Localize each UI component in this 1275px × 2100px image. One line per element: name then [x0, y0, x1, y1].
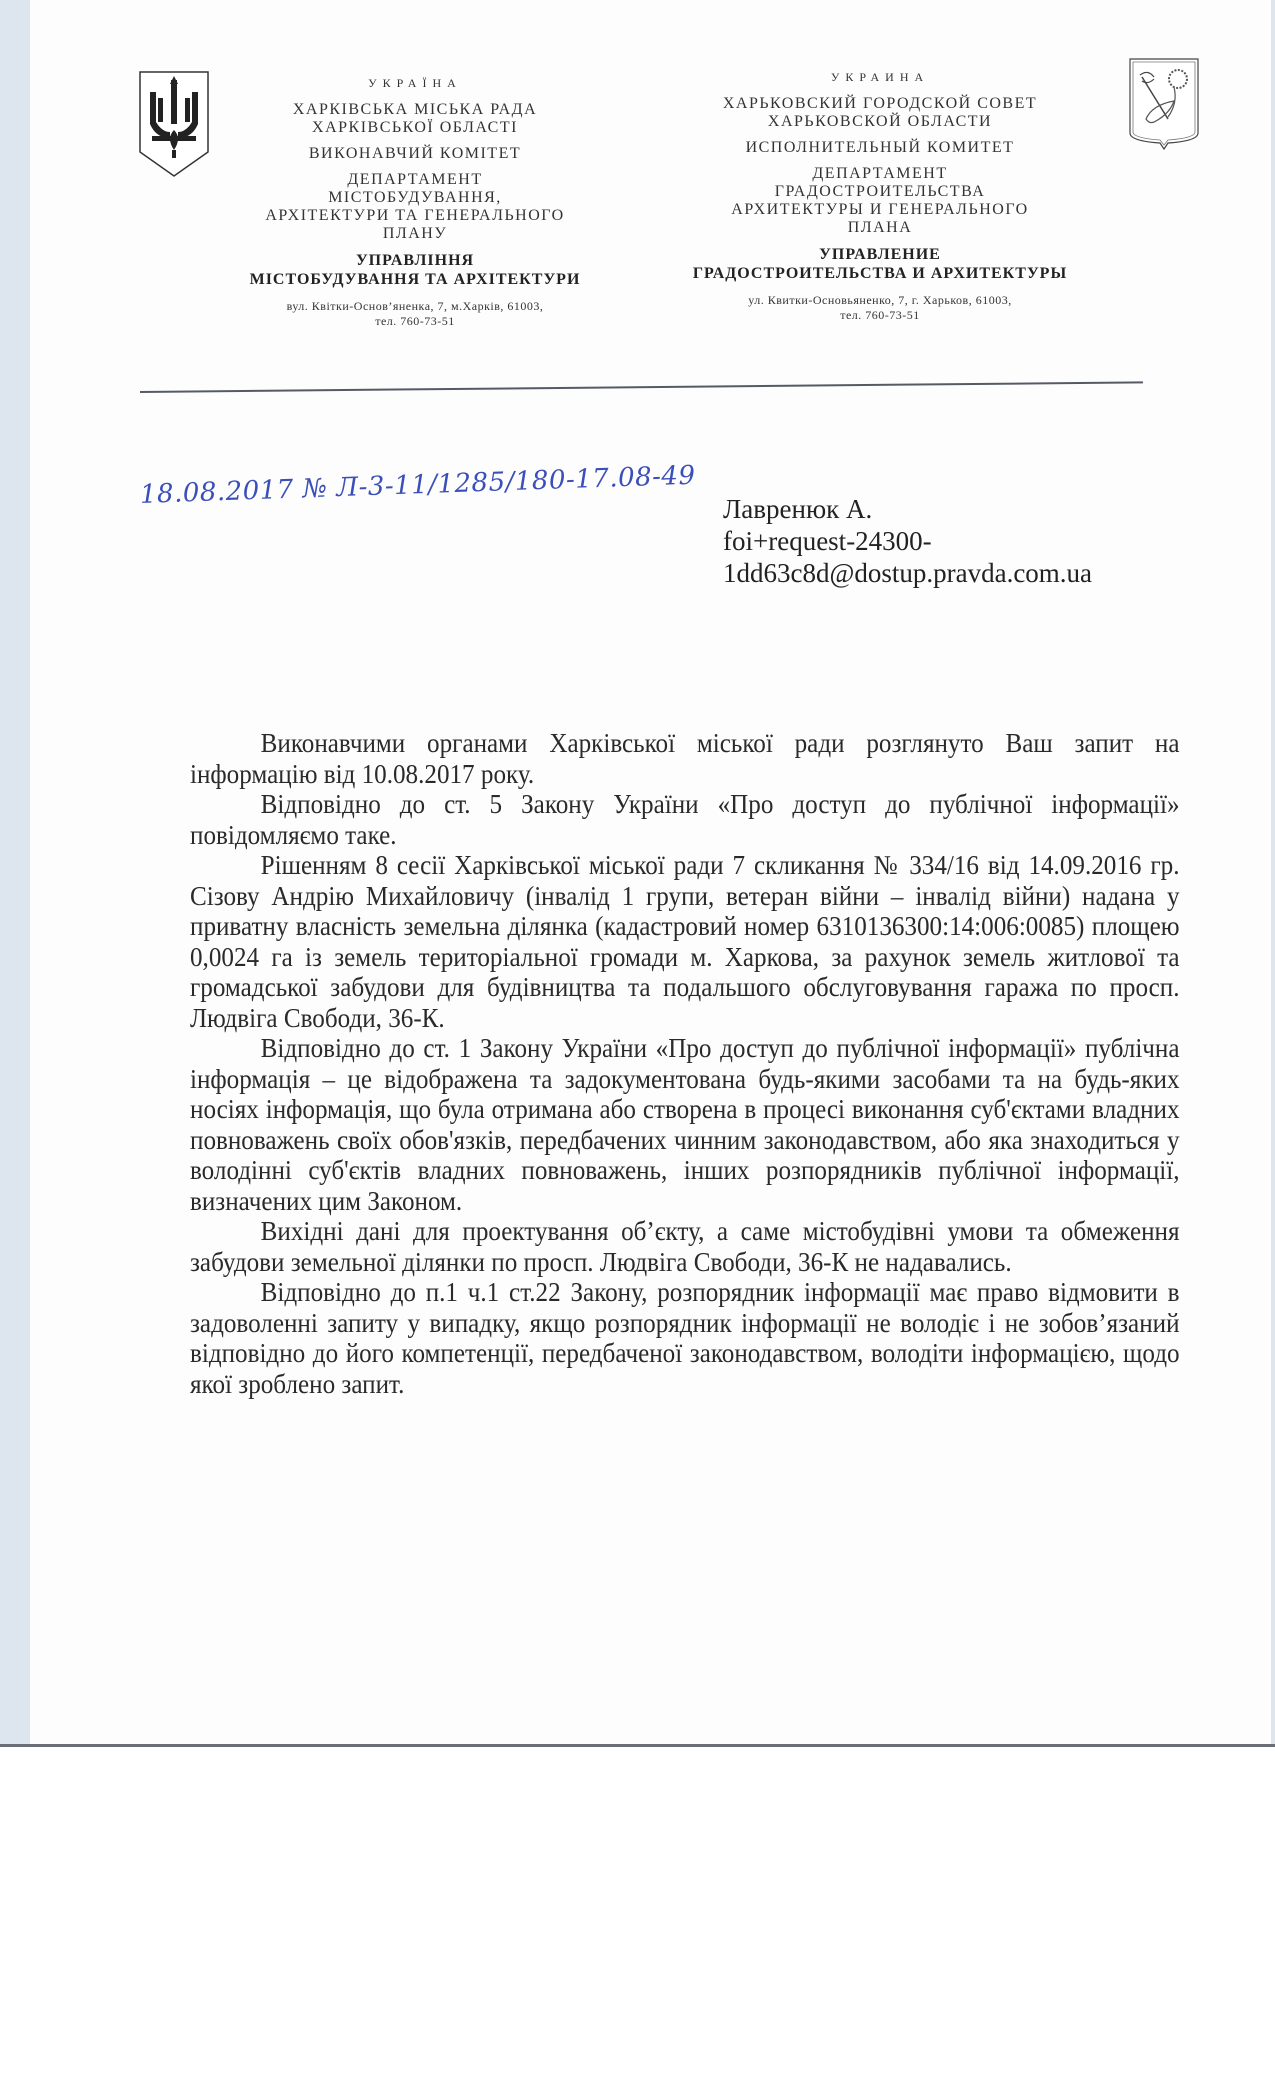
recipient-email: foi+request-24300-: [723, 525, 1092, 557]
committee-name: ВИКОНАВЧИЙ КОМІТЕТ: [210, 145, 620, 163]
office-phone: тел. 760-73-51: [650, 308, 1110, 323]
office-address: ул. Квитки-Основьяненко, 7, г. Харьков, …: [650, 293, 1110, 308]
office-name: ГРАДОСТРОИТЕЛЬСТВА И АРХИТЕКТУРЫ: [650, 264, 1110, 283]
kharkiv-coat-of-arms-icon: [1128, 57, 1200, 152]
office-phone: тел. 760-73-51: [210, 314, 620, 329]
letterhead-russian: УКРАИНА ХАРЬКОВСКИЙ ГОРОДСКОЙ СОВЕТ ХАРЬ…: [650, 70, 1110, 323]
department-line: ДЕПАРТАМЕНТ: [650, 165, 1110, 183]
letter-body: Виконавчими органами Харківської міської…: [190, 728, 1180, 1399]
scanned-page: УКРАЇНА ХАРКІВСЬКА МІСЬКА РАДА ХАРКІВСЬК…: [0, 0, 1275, 1747]
scan-edge-right: [1271, 0, 1275, 1744]
handwritten-registration-number: 18.08.2017 № Л-3-11/1285/180-17.08-49: [139, 461, 696, 510]
department-line: МІСТОБУДУВАННЯ,: [210, 189, 620, 207]
department-line: ПЛАНА: [650, 219, 1110, 237]
department-line: ПЛАНУ: [210, 225, 620, 243]
office-address: вул. Квітки-Основ’яненка, 7, м.Харків, 6…: [210, 299, 620, 314]
office-name: МІСТОБУДУВАННЯ ТА АРХІТЕКТУРИ: [210, 270, 620, 289]
country-name: УКРАЇНА: [210, 76, 620, 91]
council-name: ХАРЬКОВСКИЙ ГОРОДСКОЙ СОВЕТ: [650, 95, 1110, 113]
office-name: УПРАВЛЕНИЕ: [650, 245, 1110, 264]
department-line: АРХІТЕКТУРИ ТА ГЕНЕРАЛЬНОГО: [210, 207, 620, 225]
body-paragraph: Виконавчими органами Харківської міської…: [190, 728, 1180, 789]
recipient-name: Лавренюк А.: [723, 493, 1092, 525]
body-paragraph: Вихідні дані для проектування об’єкту, а…: [190, 1216, 1180, 1277]
body-paragraph: Відповідно до ст. 1 Закону України «Про …: [190, 1033, 1180, 1216]
recipient-email: 1dd63c8d@dostup.pravda.com.ua: [723, 557, 1092, 589]
council-region: ХАРЬКОВСКОЙ ОБЛАСТИ: [650, 113, 1110, 131]
scan-edge-left: [0, 0, 30, 1744]
office-name: УПРАВЛІННЯ: [210, 251, 620, 270]
department-line: ДЕПАРТАМЕНТ: [210, 171, 620, 189]
header-divider: [140, 381, 1143, 393]
body-paragraph: Відповідно до п.1 ч.1 ст.22 Закону, розп…: [190, 1277, 1180, 1399]
recipient-block: Лавренюк А. foi+request-24300- 1dd63c8d@…: [723, 493, 1092, 589]
committee-name: ИСПОЛНИТЕЛЬНЫЙ КОМИТЕТ: [650, 139, 1110, 157]
ukraine-trident-icon: [138, 70, 210, 178]
country-name: УКРАИНА: [650, 70, 1110, 85]
department-line: ГРАДОСТРОИТЕЛЬСТВА: [650, 183, 1110, 201]
council-region: ХАРКІВСЬКОЇ ОБЛАСТІ: [210, 119, 620, 137]
council-name: ХАРКІВСЬКА МІСЬКА РАДА: [210, 101, 620, 119]
body-paragraph: Рішенням 8 сесії Харківської міської рад…: [190, 850, 1180, 1033]
department-line: АРХИТЕКТУРЫ И ГЕНЕРАЛЬНОГО: [650, 201, 1110, 219]
body-paragraph: Відповідно до ст. 5 Закону України «Про …: [190, 789, 1180, 850]
letterhead-ukrainian: УКРАЇНА ХАРКІВСЬКА МІСЬКА РАДА ХАРКІВСЬК…: [210, 76, 620, 329]
